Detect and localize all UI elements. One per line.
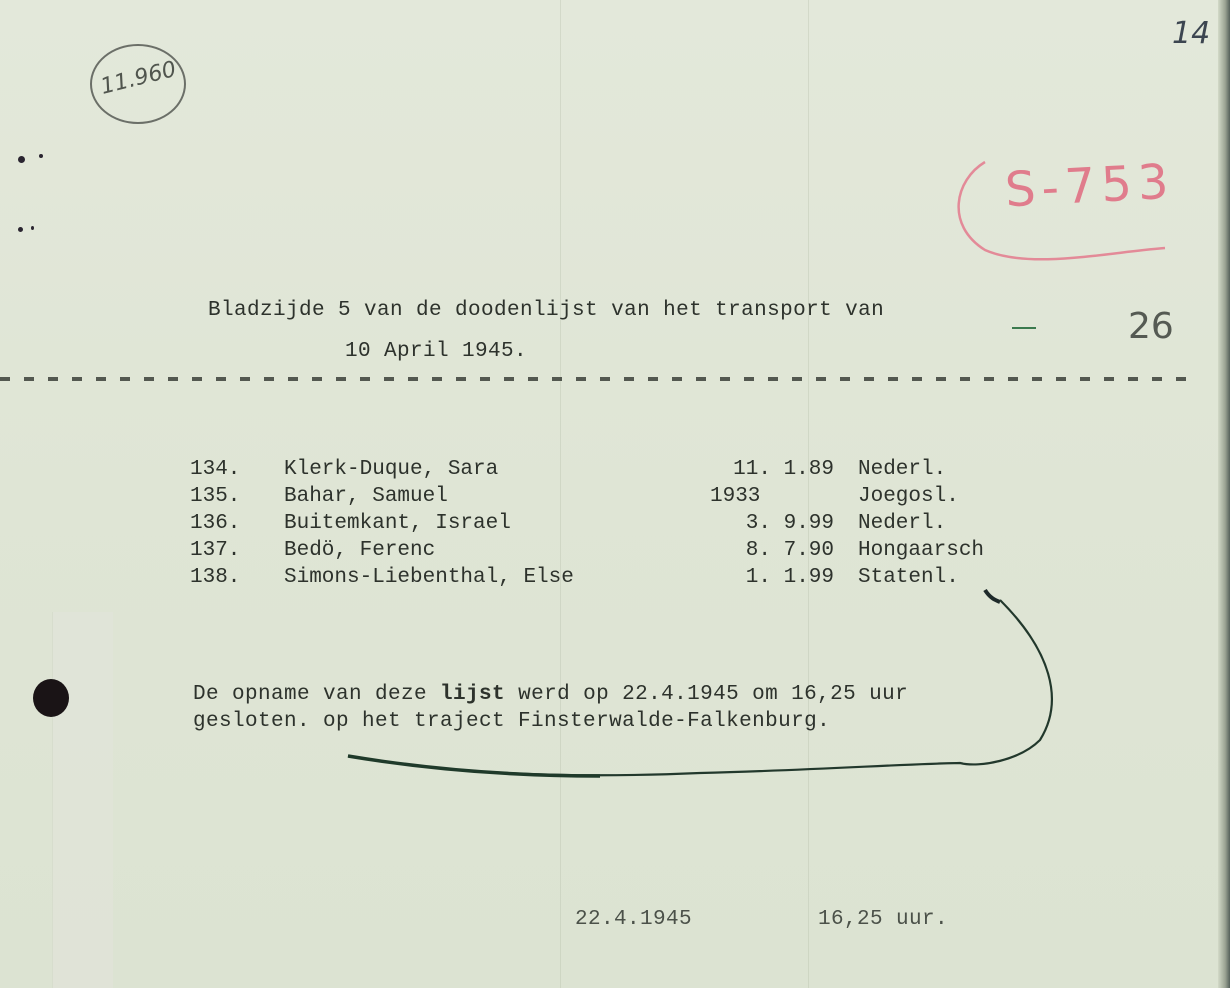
pen-tick-stroke <box>985 590 1000 602</box>
document-page: 11.960 14 S-753 26 Bladzijde 5 van de do… <box>0 0 1230 988</box>
red-bracket-stroke <box>959 162 1165 259</box>
pen-bracket-stroke <box>348 600 1052 775</box>
pen-underline-stroke <box>348 756 600 776</box>
ink-annotations <box>0 0 1230 988</box>
